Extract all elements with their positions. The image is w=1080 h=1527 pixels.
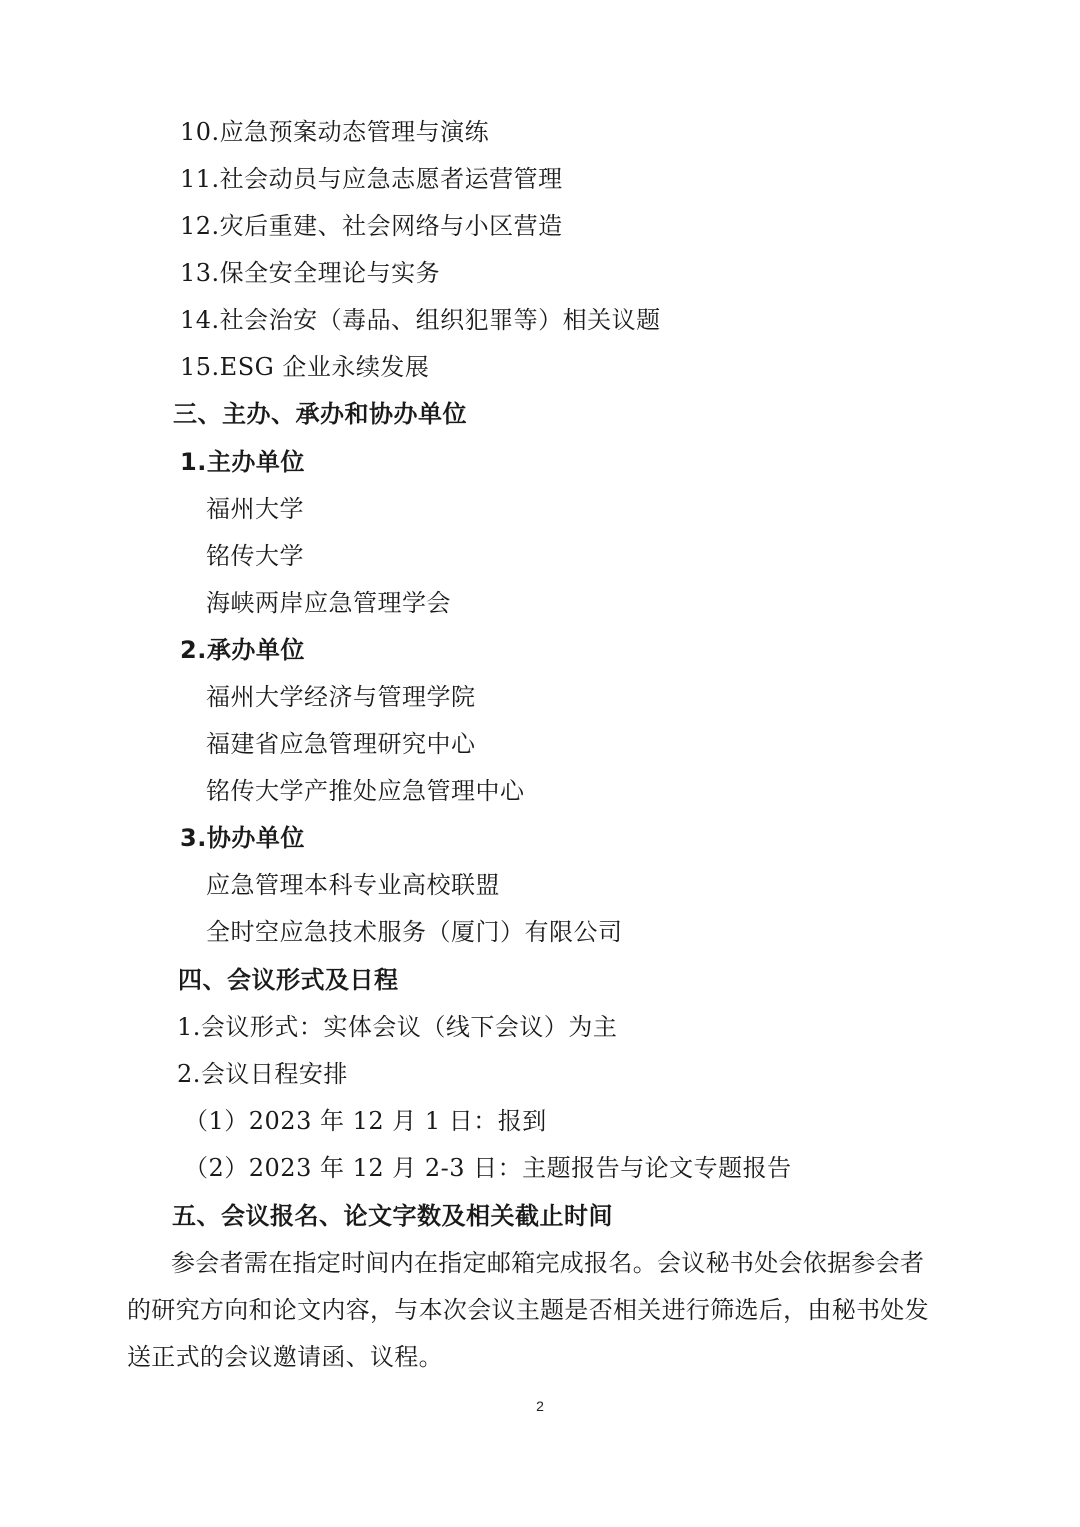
topic-item-13: 13.保全安全理论与实务	[180, 258, 440, 288]
meeting-format: 1.会议形式：实体会议（线下会议）为主	[177, 1012, 617, 1042]
page-number: 2	[0, 1398, 1080, 1414]
topic-item-11: 11.社会动员与应急志愿者运营管理	[180, 164, 563, 194]
organizers-heading: 1.主办单位	[180, 447, 305, 477]
topic-text: 应急预案动态管理与演练	[220, 118, 490, 146]
organizer-item: 铭传大学	[206, 541, 304, 571]
topic-number: 12.	[180, 212, 220, 240]
topic-text: 社会治安（毒品、组织犯罪等）相关议题	[220, 306, 661, 334]
topic-item-10: 10.应急预案动态管理与演练	[180, 117, 489, 147]
topic-number: 11.	[180, 165, 220, 193]
section3-heading: 三、主办、承办和协办单位	[173, 399, 467, 429]
hosts-heading: 2.承办单位	[180, 635, 305, 665]
topic-text: 保全安全理论与实务	[220, 259, 441, 287]
topic-item-12: 12.灾后重建、社会网络与小区营造	[180, 211, 563, 241]
document-page: 10.应急预案动态管理与演练 11.社会动员与应急志愿者运营管理 12.灾后重建…	[0, 0, 1080, 1527]
paragraph-line: 送正式的会议邀请函、议程。	[127, 1342, 443, 1372]
topic-item-14: 14.社会治安（毒品、组织犯罪等）相关议题	[180, 305, 661, 335]
section4-heading: 四、会议形式及日程	[178, 965, 399, 995]
paragraph-line: 的研究方向和论文内容，与本次会议主题是否相关进行筛选后，由秘书处发	[127, 1295, 929, 1325]
topic-number: 14.	[180, 306, 220, 334]
co-organizers-heading: 3.协办单位	[180, 823, 305, 853]
schedule-item: （2）2023 年 12 月 2-3 日：主题报告与论文专题报告	[184, 1153, 792, 1183]
host-item: 福州大学经济与管理学院	[206, 682, 476, 712]
topic-number: 13.	[180, 259, 220, 287]
paragraph-line: 参会者需在指定时间内在指定邮箱完成报名。会议秘书处会依据参会者	[171, 1248, 924, 1278]
topic-number: 10.	[180, 118, 220, 146]
co-organizer-item: 全时空应急技术服务（厦门）有限公司	[206, 917, 623, 947]
topic-number: 15.	[180, 353, 220, 381]
topic-text: ESG 企业永续发展	[220, 353, 430, 381]
section5-heading: 五、会议报名、论文字数及相关截止时间	[172, 1201, 613, 1231]
topic-text: 社会动员与应急志愿者运营管理	[220, 165, 563, 193]
organizer-item: 海峡两岸应急管理学会	[206, 588, 451, 618]
schedule-heading: 2.会议日程安排	[177, 1059, 348, 1089]
organizer-item: 福州大学	[206, 494, 304, 524]
host-item: 福建省应急管理研究中心	[206, 729, 476, 759]
co-organizer-item: 应急管理本科专业高校联盟	[206, 870, 500, 900]
topic-text: 灾后重建、社会网络与小区营造	[220, 212, 563, 240]
host-item: 铭传大学产推处应急管理中心	[206, 776, 525, 806]
topic-item-15: 15.ESG 企业永续发展	[180, 352, 429, 382]
schedule-item: （1）2023 年 12 月 1 日：报到	[184, 1106, 547, 1136]
